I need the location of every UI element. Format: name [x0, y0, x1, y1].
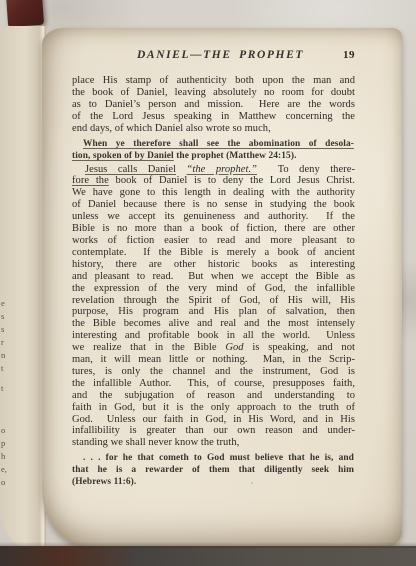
edge-letter: t	[1, 364, 11, 372]
text-segment-underlined: “the prophet.”	[187, 164, 258, 175]
body-paragraph: place His stamp of authenticity both upo…	[72, 75, 355, 135]
text-segment: (Hebrews 11:6).	[72, 477, 136, 487]
edge-letter: t	[1, 384, 11, 392]
text-line: that he is a rewarder of them that dilig…	[72, 464, 354, 476]
text-line: Bible is no more than a book of fiction,…	[72, 223, 355, 235]
text-segment: of the Lord Jesus speaking in Matthew co…	[72, 111, 355, 122]
text-segment: revelation through the Spirit of God, of…	[72, 295, 355, 306]
text-segment: unless we accept its genuineness and aut…	[72, 211, 355, 222]
text-line: God. Unless our faith in God, in His Wor…	[72, 414, 355, 426]
text-segment: book of Daniel is to deny the Lord Jesus…	[109, 175, 355, 186]
text-segment: infallibility is greater than our own re…	[72, 425, 355, 436]
text-segment-underlined: tion, spoken of by Daniel	[72, 151, 174, 161]
page-title: DANIEL—THE PROPHET	[72, 49, 343, 61]
text-line: When ye therefore shall see the abominat…	[72, 138, 354, 150]
text-segment: Bible is no more than a book of fiction,…	[72, 223, 355, 234]
text-segment	[176, 164, 186, 175]
edge-letter: o	[1, 478, 11, 486]
text-segment: end days, of which Daniel also wrote so …	[72, 123, 271, 134]
text-line: interesting and profitable book in all t…	[72, 330, 355, 342]
text-segment: place His stamp of authenticity both upo…	[72, 75, 355, 86]
text-segment: the book of Daniel, leaving absolutely n…	[72, 87, 355, 98]
text-segment: contemplate. If the Bible is merely a bo…	[72, 247, 355, 258]
text-line: tion, spoken of by Daniel the prophet (M…	[72, 150, 354, 162]
book-photo: essrnttophe,o DANIEL—THE PROPHET 19 plac…	[0, 0, 416, 566]
text-line: revelation through the Spirit of God, of…	[72, 295, 355, 307]
block-quote: . . . for he that cometh to God must bel…	[72, 452, 355, 488]
book-bottom-shadow	[0, 546, 416, 566]
text-segment: as to Daniel’s person and mission. Here …	[72, 99, 355, 110]
text-line: and the subjugation of reason and unders…	[72, 390, 355, 402]
block-quote: When ye therefore shall see the abominat…	[72, 138, 355, 162]
text-line: the book of Daniel, leaving absolutely n…	[72, 87, 355, 99]
book-cover-corner	[6, 0, 44, 27]
edge-letter: h	[1, 452, 11, 460]
text-line: contemplate. If the Bible is merely a bo…	[72, 247, 355, 259]
page-text-block: DANIEL—THE PROPHET 19 place His stamp of…	[72, 49, 355, 490]
text-line: infallibility is greater than our own re…	[72, 425, 355, 437]
text-segment-underlined: Jesus calls Daniel	[85, 164, 176, 175]
text-line: works of fiction easier to read and more…	[72, 235, 355, 247]
text-segment: of Daniel because there is no sense in s…	[72, 199, 355, 210]
text-segment: purpose, His program and His plan of sal…	[72, 306, 355, 317]
text-segment: To deny there-	[257, 164, 355, 175]
text-line: as to Daniel’s person and mission. Here …	[72, 99, 355, 111]
text-line: history, there are other historic books …	[72, 259, 355, 271]
text-line: and pleasant to read. But when we accept…	[72, 271, 355, 283]
text-line: of Daniel because there is no sense in s…	[72, 199, 355, 211]
text-segment-underlined: When ye therefore shall see the abominat…	[83, 139, 354, 149]
text-line: We have gone to this length in dealing w…	[72, 187, 355, 199]
book-page: DANIEL—THE PROPHET 19 place His stamp of…	[42, 28, 402, 550]
edge-letter: s	[1, 312, 11, 320]
text-line: Jesus calls Daniel “the prophet.” To den…	[72, 164, 355, 176]
text-segment: standing we shall never know the truth,	[72, 437, 239, 448]
text-segment: the prophet (Matthew 24:15).	[174, 151, 297, 161]
text-line: purpose, His program and His plan of sal…	[72, 306, 355, 318]
text-line: unless we accept its genuineness and aut…	[72, 211, 355, 223]
edge-letter: e	[1, 299, 11, 307]
body-paragraph: Jesus calls Daniel “the prophet.” To den…	[72, 164, 355, 450]
text-segment: works of fiction easier to read and more…	[72, 235, 355, 246]
text-segment: the expression of the very mind of God, …	[72, 283, 355, 294]
text-line: tures, is only the channel and the instr…	[72, 366, 355, 378]
text-segment: that he is a rewarder of them that dilig…	[72, 465, 354, 475]
text-line: place His stamp of authenticity both upo…	[72, 75, 355, 87]
text-line: the expression of the very mind of God, …	[72, 283, 355, 295]
text-segment: God	[225, 342, 243, 353]
edge-letter: r	[1, 338, 11, 346]
text-segment: history, there are other historic books …	[72, 259, 355, 270]
running-header: DANIEL—THE PROPHET 19	[72, 49, 355, 63]
text-segment: faith in God, but it is the only approac…	[72, 402, 355, 413]
text-line: we realize that in the Bible God is spea…	[72, 342, 355, 354]
text-line: end days, of which Daniel also wrote so …	[72, 123, 355, 135]
text-line: the Bible becomes alive and real and the…	[72, 318, 355, 330]
text-line: the infallible Author. This, of course, …	[72, 378, 355, 390]
edge-letter: s	[1, 325, 11, 333]
text-segment: and pleasant to read. But when we accept…	[72, 271, 355, 282]
text-line: . . . for he that cometh to God must bel…	[72, 452, 354, 464]
text-segment: we realize that in the Bible	[72, 342, 225, 353]
edge-letter: p	[1, 439, 11, 447]
text-line: fore the book of Daniel is to deny the L…	[72, 175, 355, 187]
text-segment: We have gone to this length in dealing w…	[72, 187, 355, 198]
edge-letter: e,	[1, 465, 11, 473]
text-segment: and the subjugation of reason and unders…	[72, 390, 355, 401]
edge-letter: n	[1, 351, 11, 359]
page-number: 19	[343, 49, 355, 61]
text-line: (Hebrews 11:6).	[72, 476, 354, 488]
text-line: faith in God, but it is the only approac…	[72, 402, 355, 414]
text-segment: the infallible Author. This, of course, …	[72, 378, 355, 389]
text-segment: . . . for he that cometh to God must bel…	[83, 453, 354, 463]
text-line: man, it will mean little or nothing. Man…	[72, 354, 355, 366]
text-segment-underlined: fore the	[72, 175, 109, 186]
text-segment: tures, is only the channel and the instr…	[72, 366, 355, 377]
text-line: standing we shall never know the truth,	[72, 437, 355, 449]
text-segment: the Bible becomes alive and real and the…	[72, 318, 355, 329]
text-segment: God. Unless our faith in God, in His Wor…	[72, 414, 355, 425]
text-segment: is speaking, and not	[244, 342, 355, 353]
edge-letter: o	[1, 426, 11, 434]
page-paragraphs: place His stamp of authenticity both upo…	[72, 75, 355, 488]
text-segment: man, it will mean little or nothing. Man…	[72, 354, 355, 365]
text-line: of the Lord Jesus speaking in Matthew co…	[72, 111, 355, 123]
text-segment: interesting and profitable book in all t…	[72, 330, 355, 341]
